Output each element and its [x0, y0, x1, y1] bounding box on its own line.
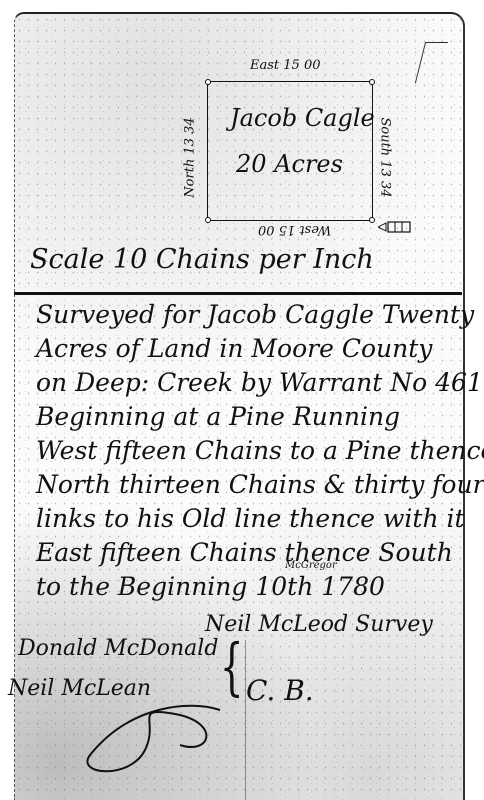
body-line-8: East fifteen Chains thence South	[36, 538, 453, 567]
chain-carrier-2: Neil McLean	[8, 676, 151, 701]
chain-carriers-note: C. B.	[246, 674, 314, 707]
bracket-glyph: {	[220, 630, 244, 703]
body-line-5: West fifteen Chains to a Pine thence	[36, 436, 484, 465]
corner-marker	[369, 79, 375, 85]
plat-boundary: Jacob Cagle 20 Acres	[207, 81, 373, 221]
plat-acreage: 20 Acres	[236, 150, 343, 178]
body-line-3: on Deep: Creek by Warrant No 461	[36, 368, 483, 397]
corner-marker	[205, 79, 211, 85]
plat-side-bottom-label: West 15 00	[258, 222, 331, 237]
pointing-hand-icon	[378, 220, 412, 234]
scale-note: Scale 10 Chains per Inch	[30, 244, 374, 275]
body-line-4: Beginning at a Pine Running	[36, 402, 400, 431]
body-line-7: links to his Old line thence with it	[36, 504, 465, 533]
corner-marker	[369, 217, 375, 223]
plat-side-top-label: East 15 00	[250, 58, 320, 73]
date-superscript: McGregor	[285, 560, 337, 571]
signature-flourish	[70, 700, 230, 780]
body-line-2: Acres of Land in Moore County	[36, 334, 432, 363]
body-line-1: Surveyed for Jacob Caggle Twenty	[36, 300, 474, 329]
body-line-6: North thirteen Chains & thirty four	[36, 470, 484, 499]
plat-side-right-label: South 13 34	[378, 117, 393, 197]
plat-owner-name: Jacob Cagle	[230, 104, 375, 132]
corner-marker	[205, 217, 211, 223]
divider-rule	[14, 292, 462, 295]
fold-crease	[245, 640, 246, 800]
body-line-9: to the Beginning 10th 1780	[36, 572, 385, 601]
chain-carrier-1: Donald McDonald	[18, 636, 218, 661]
plat-side-left-label: North 13 34	[183, 117, 198, 197]
